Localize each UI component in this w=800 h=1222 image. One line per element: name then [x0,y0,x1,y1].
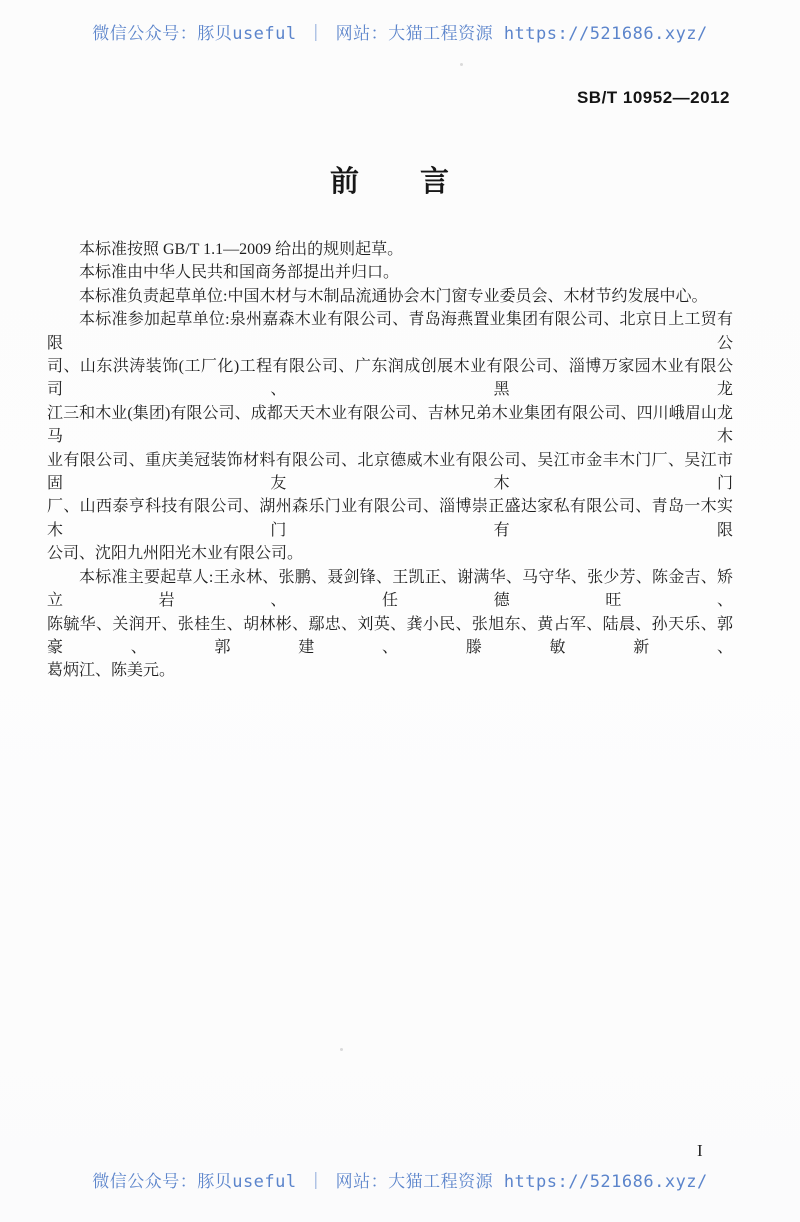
page-title: 前 言 [47,159,733,200]
body-line: 本标准主要起草人:王永林、张鹏、聂剑锋、王凯正、谢满华、马守华、张少芳、陈金吉、… [47,566,733,613]
body-line: 公司、沈阳九州阳光木业有限公司。 [47,542,733,565]
body-line: 本标准按照 GB/T 1.1—2009 给出的规则起草。 [47,238,733,261]
body-line: 业有限公司、重庆美冠装饰材料有限公司、北京德威木业有限公司、吴江市金丰木门厂、吴… [47,449,733,496]
body-line: 陈毓华、关润开、张桂生、胡林彬、鄢忠、刘英、龚小民、张旭东、黄占军、陆晨、孙天乐… [47,613,733,660]
body-line: 本标准负责起草单位:中国木材与木制品流通协会木门窗专业委员会、木材节约发展中心。 [47,285,733,308]
body-line: 厂、山西泰亨科技有限公司、湖州森乐门业有限公司、淄博崇正盛达家私有限公司、青岛一… [47,495,733,542]
scan-speck [340,1048,343,1051]
doc-code: SB/T 10952—2012 [577,88,730,108]
watermark-top: 微信公众号：豚贝useful ｜ 网站：大猫工程资源 https://52168… [0,19,800,44]
watermark-bottom: 微信公众号：豚贝useful ｜ 网站：大猫工程资源 https://52168… [0,1167,800,1192]
document-page: 微信公众号：豚贝useful ｜ 网站：大猫工程资源 https://52168… [0,0,800,1222]
body-line: 葛炳江、陈美元。 [47,659,733,682]
scan-speck [460,63,463,66]
body-line: 江三和木业(集团)有限公司、成都天天木业有限公司、吉林兄弟木业集团有限公司、四川… [47,402,733,449]
page-number: I [697,1141,703,1161]
body-line: 司、山东洪涛装饰(工厂化)工程有限公司、广东润成创展木业有限公司、淄博万家园木业… [47,355,733,402]
body-line: 本标准参加起草单位:泉州嘉森木业有限公司、青岛海燕置业集团有限公司、北京日上工贸… [47,308,733,355]
body-text: 本标准按照 GB/T 1.1—2009 给出的规则起草。本标准由中华人民共和国商… [47,238,733,683]
body-line: 本标准由中华人民共和国商务部提出并归口。 [47,261,733,284]
